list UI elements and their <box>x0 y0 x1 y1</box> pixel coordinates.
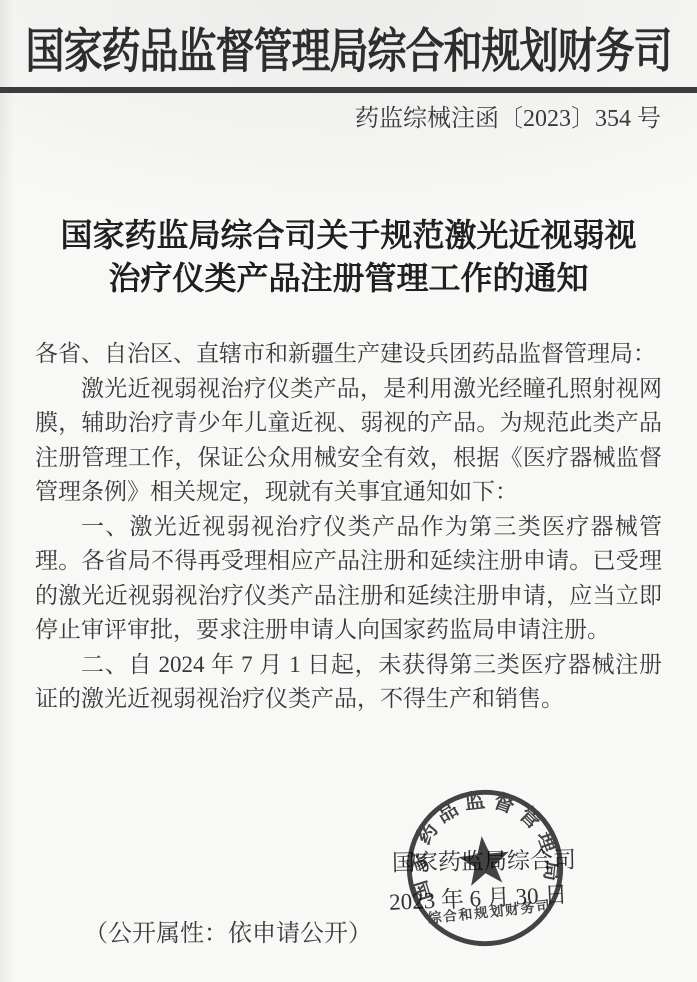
paragraph-intro: 激光近视弱视治疗仪类产品，是利用激光经瞳孔照射视网膜，辅助治疗青少年儿童近视、弱… <box>35 372 662 510</box>
issuing-agency-banner: 国家药品监督管理局综合和规划财务司 <box>0 18 697 89</box>
document-title-line1: 国家药监局综合司关于规范激光近视弱视 <box>0 214 697 257</box>
paragraph-item-1: 一、激光近视弱视治疗仪类产品作为第三类医疗器械管理。各省局不得再受理相应产品注册… <box>35 510 662 648</box>
disclosure-attribute-note: （公开属性：依申请公开） <box>84 913 372 948</box>
header-divider <box>0 87 697 93</box>
seal-department-text: 综合和规划财务司 <box>427 897 552 926</box>
document-title: 国家药监局综合司关于规范激光近视弱视 治疗仪类产品注册管理工作的通知 <box>0 214 697 300</box>
document-number: 药监综械注函〔2023〕354 号 <box>355 98 661 133</box>
official-seal: 国家药品监督管理局 综合和规划财务司 <box>387 770 583 966</box>
seal-star-icon <box>456 833 512 886</box>
paragraph-item-2: 二、自 2024 年 7 月 1 日起，未获得第三类医疗器械注册证的激光近视弱视… <box>35 648 662 717</box>
document-title-line2: 治疗仪类产品注册管理工作的通知 <box>0 257 697 300</box>
document-body: 各省、自治区、直辖市和新疆生产建设兵团药品监督管理局： 激光近视弱视治疗仪类产品… <box>35 337 662 717</box>
salutation: 各省、自治区、直辖市和新疆生产建设兵团药品监督管理局： <box>35 337 662 372</box>
document-page: 国家药品监督管理局综合和规划财务司 药监综械注函〔2023〕354 号 国家药监… <box>0 0 697 982</box>
